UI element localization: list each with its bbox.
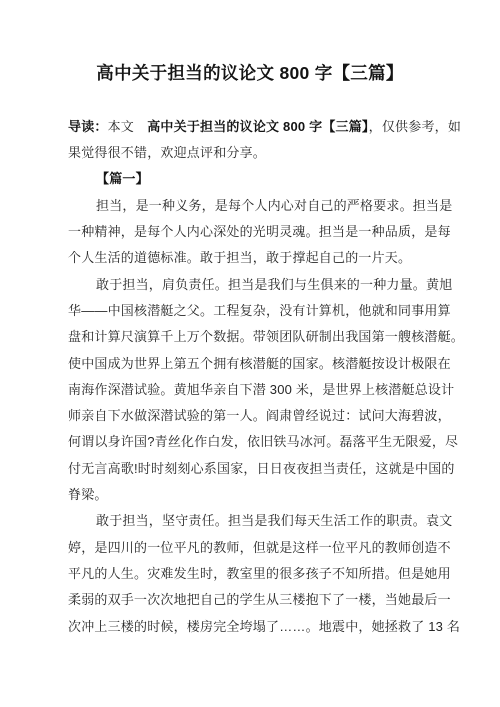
- text-segment: 脊梁。: [68, 487, 108, 502]
- text-segment: 使中国成为世界上第五个拥有核潜艇的国家。核潜艇按设计极限在: [68, 356, 451, 371]
- text-segment: 敢于担当，肩负责任。担当是我们与生俱来的一种力量。黄旭: [96, 277, 452, 292]
- bold-text-segment: 高中关于担当的议论文 800 字【三篇】: [147, 119, 368, 134]
- text-line: 盘和计算尺演算千上万个数据。带领团队研制出我国第一艘核潜艇。: [68, 324, 436, 350]
- page-title: 高中关于担当的议论文 800 字【三篇】: [40, 63, 460, 85]
- document-page: 高中关于担当的议论文 800 字【三篇】 导读：本文 高中关于担当的议论文 80…: [0, 0, 500, 707]
- text-line: 婷，是四川的一位平凡的教师，但就是这样一位平凡的教师创造不: [68, 535, 436, 561]
- text-segment: 担当，是一种义务，是每个人内心对自己的严格要求。担当是: [96, 198, 452, 213]
- text-segment: ，仅供参考，如: [369, 119, 461, 134]
- text-line: 个人生活的道德标准。敢于担当，敢于撑起自己的一片天。: [68, 245, 436, 271]
- text-segment: 华——中国核潜艇之父。工程复杂，没有计算机，他就和同事用算: [68, 303, 451, 318]
- text-segment: 婷，是四川的一位平凡的教师，但就是这样一位平凡的教师创造不: [68, 540, 451, 555]
- text-line: 南海作深潜试验。黄旭华亲自下潜 300 米，是世界上核潜艇总设计: [68, 377, 436, 403]
- text-line: 次冲上三楼的时候，楼房完全垮塌了……。地震中，她拯救了 13 名: [68, 614, 436, 640]
- text-line: 师亲自下水做深潜试验的第一人。阎肃曾经说过：试问大海碧波，: [68, 403, 436, 429]
- text-segment: 何谓以身许国?青丝化作白发，依旧铁马冰河。磊落平生无限爱，尽: [68, 434, 458, 449]
- text-line: 华——中国核潜艇之父。工程复杂，没有计算机，他就和同事用算: [68, 298, 436, 324]
- text-line: 脊梁。: [68, 482, 436, 508]
- text-line: 敢于担当，坚守责任。担当是我们每天生活工作的职责。袁文: [68, 508, 436, 534]
- text-line: 平凡的人生。灾难发生时，教室里的很多孩子不知所措。但是她用: [68, 561, 436, 587]
- text-line: 一种精神，是每个人内心深处的光明灵魂。担当是一种品质，是每: [68, 219, 436, 245]
- text-line: 敢于担当，肩负责任。担当是我们与生俱来的一种力量。黄旭: [68, 272, 436, 298]
- text-line: 果觉得很不错，欢迎点评和分享。: [68, 140, 436, 166]
- text-segment: 一种精神，是每个人内心深处的光明灵魂。担当是一种品质，是每: [68, 224, 451, 239]
- text-segment: 师亲自下水做深潜试验的第一人。阎肃曾经说过：试问大海碧波，: [68, 408, 451, 423]
- bold-text-segment: 【篇一】: [96, 171, 149, 186]
- text-line: 导读：本文 高中关于担当的议论文 800 字【三篇】，仅供参考，如: [68, 114, 436, 140]
- text-line: 付无言高歌!时时刻刻心系国家，日日夜夜担当责任，这就是中国的: [68, 456, 436, 482]
- text-segment: 盘和计算尺演算千上万个数据。带领团队研制出我国第一艘核潜艇。: [68, 329, 464, 344]
- text-segment: 付无言高歌!时时刻刻心系国家，日日夜夜担当责任，这就是中国的: [68, 461, 455, 476]
- text-line: 使中国成为世界上第五个拥有核潜艇的国家。核潜艇按设计极限在: [68, 351, 436, 377]
- text-segment: 平凡的人生。灾难发生时，教室里的很多孩子不知所措。但是她用: [68, 566, 451, 581]
- text-segment: 次冲上三楼的时候，楼房完全垮塌了……。地震中，她拯救了 13 名: [68, 619, 460, 634]
- text-segment: 南海作深潜试验。黄旭华亲自下潜 300 米，是世界上核潜艇总设计: [68, 382, 454, 397]
- text-segment: 柔弱的双手一次次地把自己的学生从三楼抱下了一楼，当她最后一: [68, 592, 451, 607]
- text-line: 何谓以身许国?青丝化作白发，依旧铁马冰河。磊落平生无限爱，尽: [68, 429, 436, 455]
- article-body: 导读：本文 高中关于担当的议论文 800 字【三篇】，仅供参考，如果觉得很不错，…: [68, 114, 436, 640]
- text-line: 【篇一】: [68, 166, 436, 192]
- text-segment: 敢于担当，坚守责任。担当是我们每天生活工作的职责。袁文: [96, 513, 452, 528]
- text-line: 担当，是一种义务，是每个人内心对自己的严格要求。担当是: [68, 193, 436, 219]
- text-segment: 果觉得很不错，欢迎点评和分享。: [68, 145, 266, 160]
- bold-text-segment: 导读：: [68, 119, 108, 134]
- text-line: 柔弱的双手一次次地把自己的学生从三楼抱下了一楼，当她最后一: [68, 587, 436, 613]
- text-segment: 个人生活的道德标准。敢于担当，敢于撑起自己的一片天。: [68, 250, 411, 265]
- text-segment: 本文: [108, 119, 148, 134]
